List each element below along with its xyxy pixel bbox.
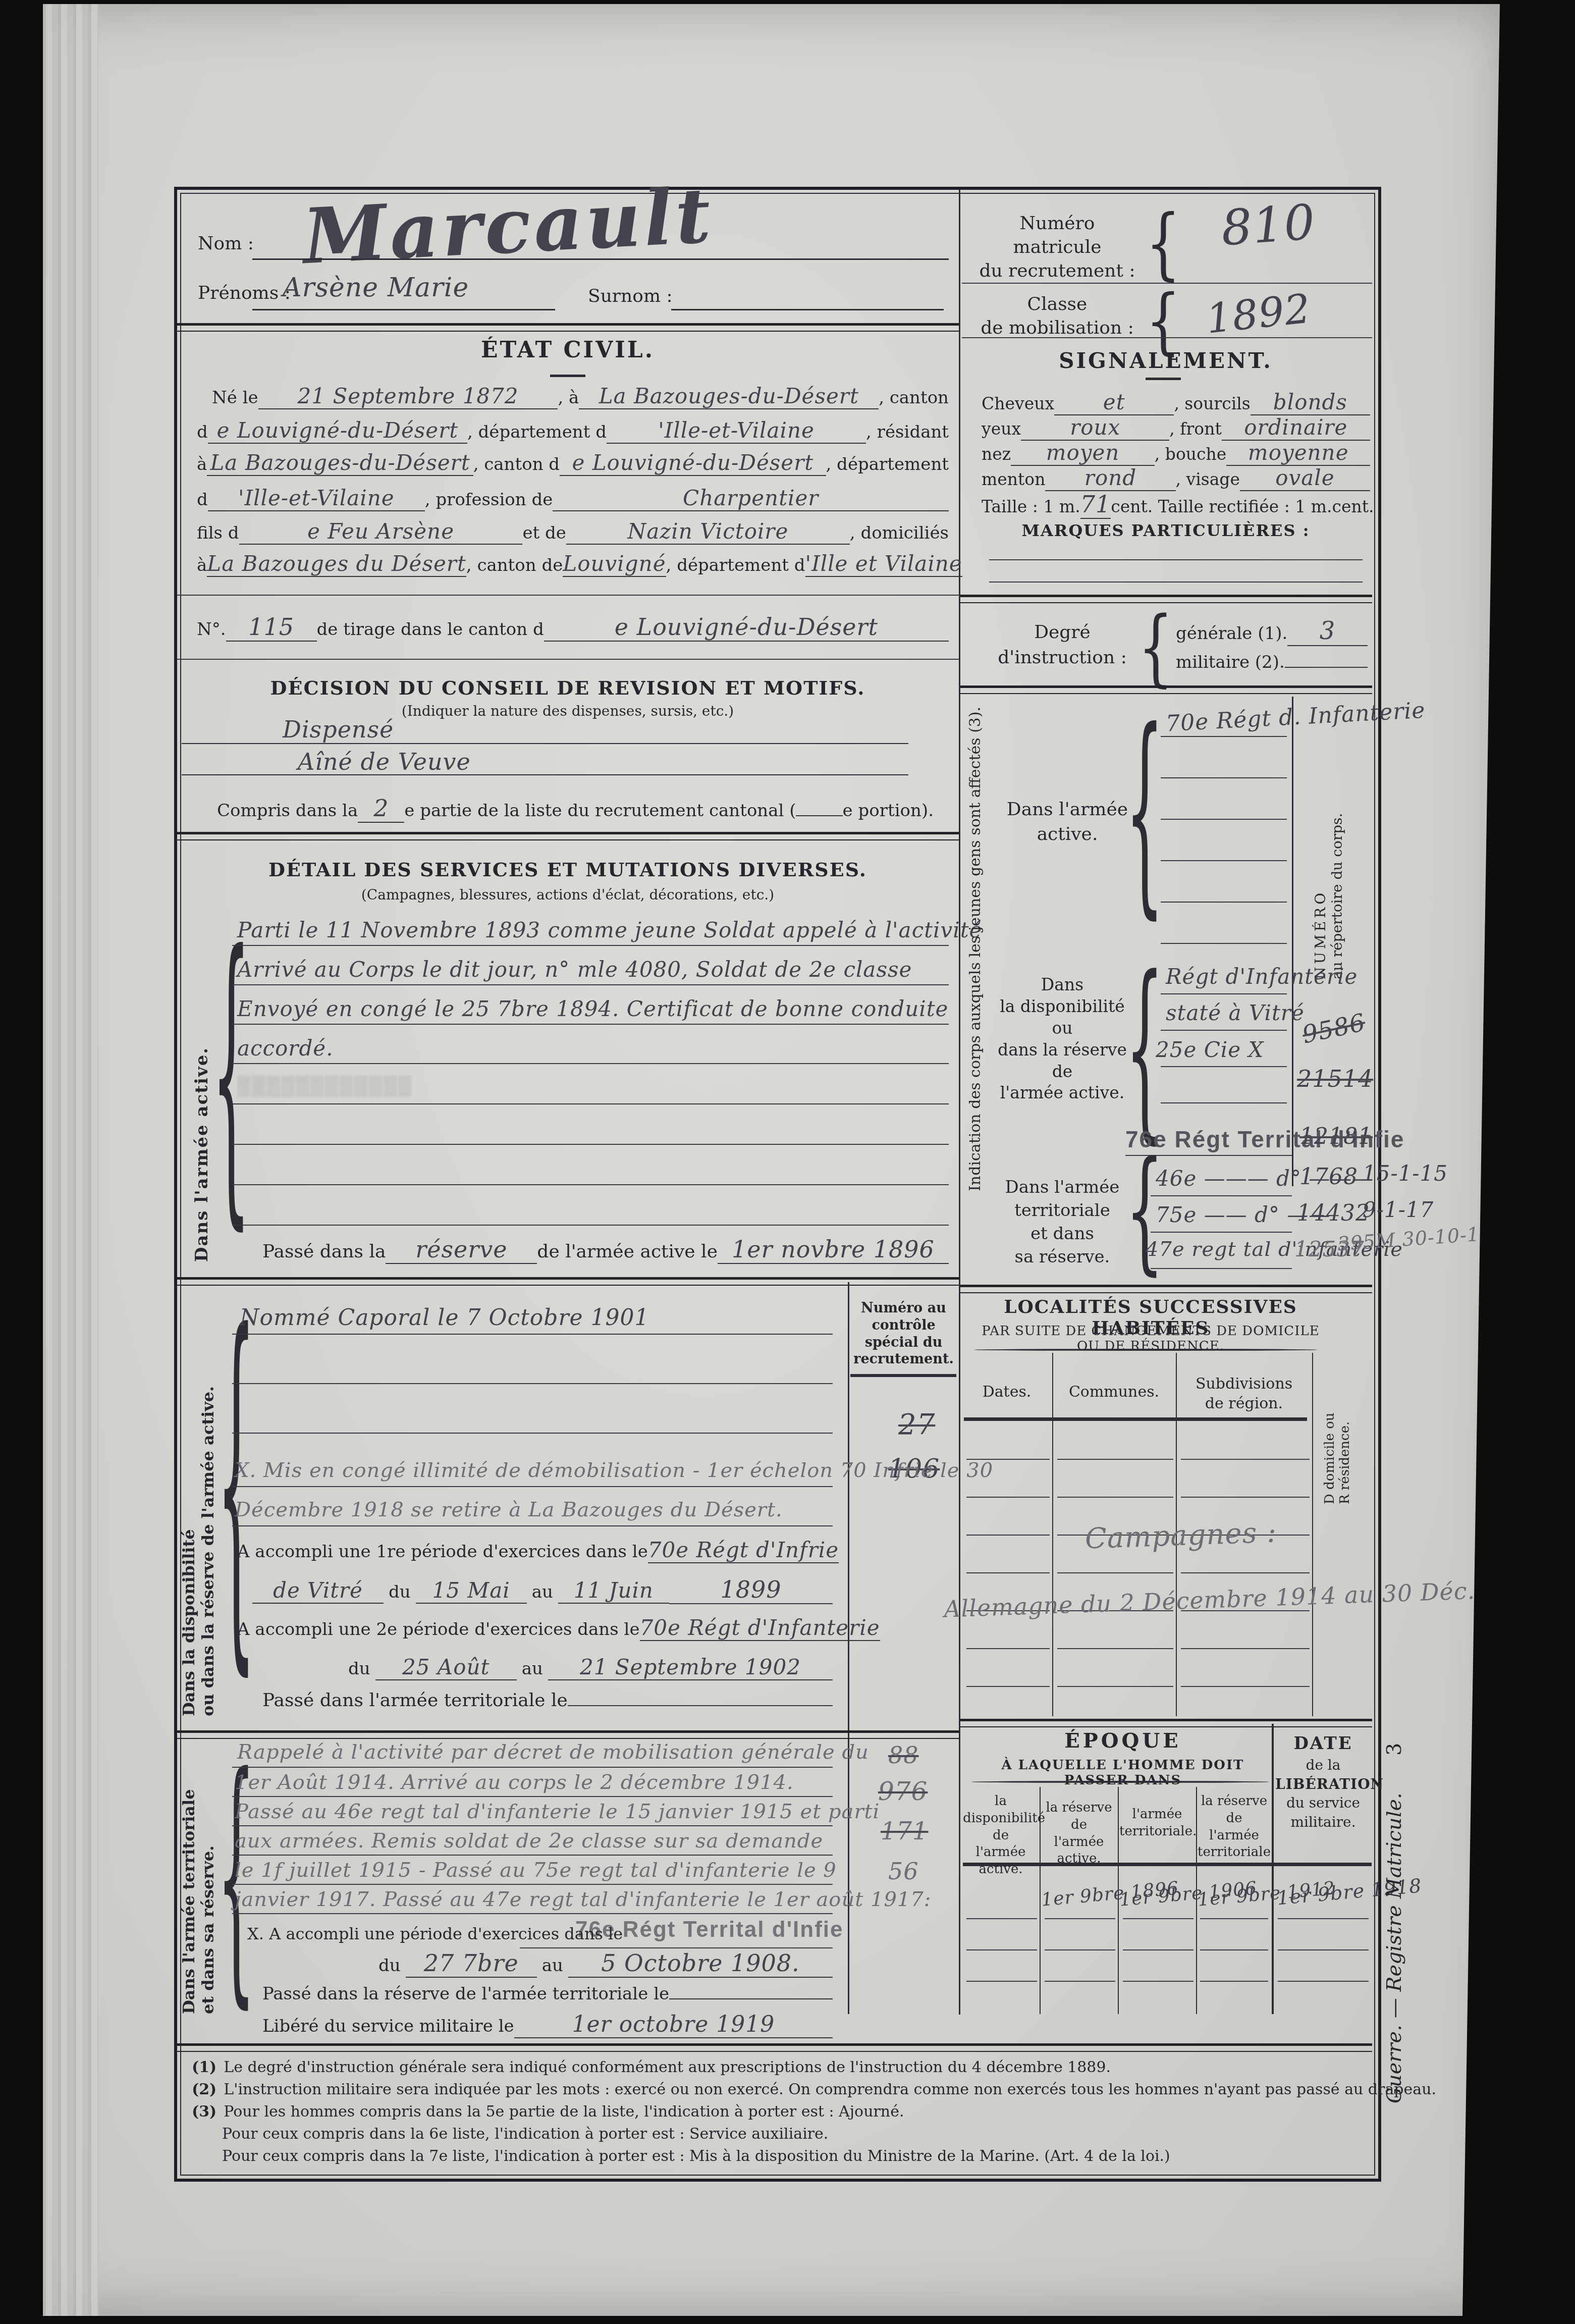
prenoms-label: Prénoms :: [198, 283, 291, 303]
label-line: de: [987, 1061, 1138, 1083]
etat-civil-row3: à La Bazouges-du-Désert , canton d e Lou…: [197, 450, 949, 476]
label-line: Dans l'armée: [987, 1176, 1138, 1199]
label: fils d: [197, 523, 239, 543]
terr-num-171: 171: [881, 1817, 929, 1845]
armee-active-label: Dans l'armée active.: [987, 798, 1148, 847]
label: du: [348, 1659, 370, 1679]
label-line: LIBÉRATION: [1275, 1775, 1371, 1794]
label: , bouche: [1155, 444, 1227, 464]
label: , résidant: [866, 422, 949, 442]
front-value: ordinaire: [1222, 415, 1370, 441]
decision-value1: Dispensé: [283, 716, 394, 743]
label: X. A accompli une période d'exercices da…: [247, 1924, 623, 1943]
instruction-separator: [960, 685, 1372, 694]
footnote-text: Pour les hommes compris dans la 5e parti…: [224, 2103, 904, 2121]
passe-reserve-terr-row: Passé dans la réserve de l'armée territo…: [262, 1984, 833, 2004]
label: , domiciliés: [850, 523, 949, 543]
demob-line2: Décembre 1918 se retire à La Bazouges du…: [235, 1498, 783, 1521]
decision-title: DÉCISION DU CONSEIL DE REVISION ET MOTIF…: [202, 676, 934, 699]
passe-territoriale-row: Passé dans l'armée territoriale le: [262, 1690, 833, 1711]
domicile-place: La Bazouges du Désert: [207, 551, 466, 577]
label: d: [197, 490, 208, 510]
dispo-repertoire-num2: 21514: [1297, 1065, 1373, 1092]
instruction-generale-value: 3: [1287, 617, 1368, 646]
label: e portion).: [843, 801, 934, 821]
etat-civil-title: ÉTAT CIVIL.: [353, 337, 782, 363]
corps-dispo-line1: Régt d'Infanterie: [1166, 964, 1357, 989]
epoque-colline-4: [1272, 1724, 1274, 2014]
terr-row2-num: 14432: [1297, 1200, 1370, 1226]
repertoire-column-line: [1292, 697, 1293, 1186]
passe-reserve-value: réserve: [386, 1236, 537, 1264]
instruction-brace: {: [1138, 599, 1173, 696]
label: , front: [1169, 419, 1221, 439]
faint-stamp: ▒▒▒▒▒▒▒▒▒▒▒▒: [237, 1075, 520, 1100]
surnom-line: [671, 309, 944, 310]
terr-num-56: 56: [888, 1858, 919, 1885]
label: générale (1).: [1176, 623, 1287, 644]
terr-row1-date: 15-1-15: [1363, 1161, 1448, 1186]
label-line: territoriale.: [1119, 1823, 1195, 1840]
label: , canton d: [473, 454, 560, 474]
birth-place: La Bazouges-du-Désert: [579, 384, 879, 409]
label-line: l'armée active.: [987, 1082, 1138, 1104]
date-liberation-header: DATE de la LIBÉRATION du service militai…: [1275, 1732, 1371, 1832]
passe-reserve-date: 1er novbre 1896: [718, 1236, 949, 1264]
label-line: disponibilité: [963, 1810, 1039, 1827]
domicile-departement: 'Ille et Vilaine: [805, 551, 962, 577]
prenoms-line: [252, 309, 555, 310]
terr-corps-label: Dans l'armée territoriale et dans sa rés…: [987, 1176, 1138, 1269]
label: , département d: [666, 555, 805, 575]
matricule-brace: {: [1146, 198, 1181, 288]
etat-civil-row1: Né le 21 Septembre 1872 , à La Bazouges-…: [212, 384, 949, 409]
footnote-text: Pour ceux compris dans la 7e liste, l'in…: [222, 2147, 1170, 2165]
terr-periode-row: X. A accompli une période d'exercices da…: [247, 1924, 601, 1943]
localites-top-rule: [960, 1285, 1372, 1293]
margin-label-disponibilite: Dans la disponibilité ou dans la réserve…: [179, 1312, 218, 1716]
repertoire-label: NUMÉRO au répertoire du corps.: [1312, 717, 1345, 979]
label: , département d: [467, 422, 607, 442]
label: de tirage dans le canton d: [317, 619, 544, 640]
label: , canton: [879, 388, 949, 408]
matricule-label-line2: du recrutement :: [974, 259, 1140, 283]
instruction-militaire-blank: [1285, 667, 1368, 668]
section-rule: [177, 595, 959, 596]
residence: La Bazouges-du-Désert: [207, 450, 473, 476]
classe-label: Classe de mobilisation :: [974, 293, 1140, 340]
label: , profession de: [425, 490, 553, 510]
dispo-corps-label: Dans la disponibilité ou dans la réserve…: [987, 974, 1138, 1104]
label-line: Dans: [987, 974, 1138, 996]
label-line: du service: [1275, 1793, 1371, 1813]
label: au: [542, 1956, 563, 1976]
label: , sourcils: [1174, 394, 1250, 413]
label-line: la disponibilité: [987, 996, 1138, 1018]
terr-periode-to: 5 Octobre 1908.: [568, 1949, 833, 1978]
localites-side-label: D domicile ou R résidence.: [1322, 1363, 1352, 1504]
label: de l'armée active le: [537, 1241, 718, 1262]
label-line: de: [963, 1827, 1039, 1844]
prenoms-value: Arsène Marie: [283, 273, 469, 303]
localites-col-dates: Dates.: [964, 1383, 1050, 1401]
label-line: territoriale: [987, 1199, 1138, 1223]
blank-line: [568, 1705, 833, 1706]
periode1-place: de Vitré: [252, 1578, 384, 1604]
ctrl-num-27: 27: [898, 1408, 935, 1441]
main-column-divider: [959, 190, 960, 2015]
surnom-label: Surnom :: [588, 286, 673, 306]
nom-label: Nom :: [198, 233, 254, 254]
nez-value: moyen: [1011, 440, 1155, 466]
periode2-dates: du 25 Août au 21 Septembre 1902: [343, 1655, 833, 1680]
margin-line: ou dans la réserve de l'armée active.: [198, 1312, 218, 1716]
blank-line: [669, 1998, 833, 1999]
label: Taille : 1 m.: [982, 497, 1080, 516]
ctrl-header: Numéro au contrôle spécial du recrutemen…: [852, 1300, 955, 1368]
periode1-corps: 70e Régt d'Infrie: [648, 1538, 839, 1563]
periode2-row: A accompli une 2e période d'exercices da…: [237, 1615, 833, 1641]
margin-label-territoriale: Dans l'armée territoriale et dans sa rés…: [179, 1741, 218, 2014]
bouche-value: moyenne: [1226, 440, 1370, 466]
instruction-generale-row: générale (1). 3: [1176, 617, 1368, 646]
instruction-militaire-row: militaire (2).: [1176, 652, 1368, 672]
matricule-label-line1: Numéro matricule: [974, 212, 1140, 259]
etat-civil-row4: d 'Ille-et-Vilaine , profession de Charp…: [197, 486, 949, 511]
corps-dispo-line3: 25e Cie X: [1156, 1037, 1264, 1062]
margin-line: Dans l'armée territoriale: [179, 1741, 198, 2014]
side-label-line1: D domicile ou: [1322, 1363, 1337, 1504]
label-line: dans la réserve: [987, 1039, 1138, 1061]
label-line: Subdivisions: [1178, 1374, 1310, 1394]
cheveux-value: et: [1054, 390, 1174, 415]
label: e partie de la liste du recrutement cant…: [404, 801, 796, 821]
footnote-text: L'instruction militaire sera indiquée pa…: [224, 2081, 1436, 2098]
footnote-text: Le degré d'instruction générale sera ind…: [224, 2058, 1111, 2076]
label: à: [197, 555, 207, 575]
epoque-header-rule: [963, 1863, 1372, 1866]
decision-line2: [182, 774, 908, 775]
label: au: [532, 1582, 553, 1602]
domicile-canton: Louvigné: [563, 551, 666, 577]
label: Né le: [212, 388, 258, 408]
label: , département: [826, 454, 949, 474]
compris-row: Compris dans la 2 e partie de la liste d…: [217, 795, 934, 823]
signalement-row-yeux: yeux roux , front ordinaire: [982, 415, 1370, 441]
label: , canton de: [466, 555, 563, 575]
yeux-value: roux: [1021, 415, 1169, 441]
etat-civil-row6: à La Bazouges du Désert , canton de Louv…: [197, 551, 949, 577]
dispo-separator: [177, 1730, 959, 1739]
passe-reserve-row: Passé dans la réserve de l'armée active …: [262, 1236, 949, 1264]
label-line: l'armée active.: [963, 1844, 1039, 1878]
imprint-page-number: 3: [1383, 1743, 1406, 1756]
footnote-5: Pour ceux compris dans la 7e liste, l'in…: [222, 2147, 1363, 2165]
periode1-dates: de Vitré du 15 Mai au 11 Juin 1899: [252, 1576, 833, 1604]
label: militaire (2).: [1176, 652, 1285, 672]
section-rule: [177, 659, 959, 660]
margin-line: et dans sa réserve.: [198, 1741, 218, 2014]
demob-line1: X. Mis en congé illimité de démobilisati…: [235, 1459, 993, 1482]
services-line4: accordé.: [237, 1036, 334, 1061]
label-line: militaire.: [1275, 1813, 1371, 1832]
libere-row: Libéré du service militaire le 1er octob…: [262, 2012, 833, 2038]
footnote-number: (2): [192, 2081, 216, 2098]
signalement-row-taille: Taille : 1 m. 71 cent. Taille rectifiée …: [982, 491, 1370, 519]
label: Compris dans la: [217, 801, 358, 821]
matricule-value: 810: [1219, 194, 1317, 257]
portion-blank: [796, 815, 842, 816]
label: , visage: [1176, 469, 1240, 489]
label: A accompli une 1re période d'exercices d…: [237, 1542, 648, 1562]
periode1-row: A accompli une 1re période d'exercices d…: [237, 1538, 833, 1563]
label: yeux: [982, 419, 1021, 439]
services-subtitle: (Campagnes, blessures, actions d'éclat, …: [202, 886, 934, 903]
label: A accompli une 2e période d'exercices da…: [237, 1619, 640, 1640]
signalement-row-menton: menton rond , visage ovale: [982, 465, 1370, 491]
armee-active-brace: {: [1125, 686, 1164, 938]
tirage-row: N°. 115 de tirage dans le canton d e Lou…: [197, 613, 949, 642]
periode1-year: 1899: [669, 1576, 833, 1604]
birth-date: 21 Septembre 1872: [258, 384, 558, 409]
terr-line5: le 1f juillet 1915 - Passé au 75e regt t…: [235, 1859, 837, 1882]
footnotes-separator: [177, 2043, 1372, 2052]
scanned-military-register-page: { "side": {"imprint": "Guerre. — Registr…: [0, 0, 1575, 2324]
periode1-to: 11 Juin: [558, 1578, 669, 1604]
caporal-line: Nommé Caporal le 7 Octobre 1901: [240, 1305, 649, 1331]
epoque-col4-header: la réserve de l'armée territoriale.: [1198, 1793, 1271, 1861]
signalement-title: SIGNALEMENT.: [984, 348, 1347, 373]
periode2-from: 25 Août: [375, 1655, 517, 1680]
decision-line1: [182, 743, 908, 744]
label-line: DATE: [1275, 1732, 1371, 1756]
departement: 'Ille-et-Vilaine: [208, 486, 425, 511]
departement: 'Ille-et-Vilaine: [607, 418, 866, 444]
label-line: la: [963, 1793, 1039, 1810]
instruction-label: Degré d'instruction :: [979, 620, 1146, 671]
label-line: l'armée: [1119, 1806, 1195, 1823]
localites-colline-3: [1312, 1353, 1313, 1716]
footnote-1: (1) Le degré d'instruction générale sera…: [192, 2058, 1363, 2076]
label: cent. Taille rectifiée : 1 m.: [1111, 497, 1332, 516]
classe-label-line1: Classe: [974, 293, 1140, 316]
etat-civil-row2: d e Louvigné-du-Désert , département d '…: [197, 418, 949, 444]
terr-row2-date: 9-1-17: [1363, 1197, 1434, 1222]
services-line2: Arrivé au Corps le dit jour, n° mle 4080…: [237, 957, 912, 982]
marques-label: MARQUES PARTICULIÈRES :: [984, 521, 1347, 540]
terr-num-88: 88: [888, 1741, 919, 1769]
label: N°.: [197, 619, 226, 640]
label: menton: [982, 469, 1045, 489]
label: cent.: [1332, 497, 1374, 516]
terr-line6: janvier 1917. Passé au 47e regt tal d'in…: [235, 1888, 931, 1911]
margin-label-indication-corps: Indication des corps auxquels les jeunes…: [966, 702, 984, 1191]
side-label-line2: R résidence.: [1337, 1363, 1352, 1504]
terr-line4: aux armées. Remis soldat de 2e classe su…: [235, 1829, 823, 1853]
epoque-subtitle: À LAQUELLE L'HOMME DOIT PASSER DANS: [974, 1758, 1272, 1788]
label: Passé dans l'armée territoriale le: [262, 1690, 568, 1711]
margin-label-armee-active: Dans l'armée active.: [192, 959, 212, 1262]
footnote-number: (1): [192, 2058, 216, 2076]
label: et de: [522, 523, 566, 543]
label-line: la réserve: [1041, 1800, 1117, 1817]
classe-rule: [962, 337, 1372, 338]
label: Passé dans la: [262, 1241, 386, 1262]
periode2-to: 21 Septembre 1902: [548, 1655, 833, 1680]
localites-col-communes: Communes.: [1055, 1383, 1173, 1401]
epoque-top-rule: [960, 1719, 1372, 1727]
label-line: et dans: [987, 1223, 1138, 1246]
signalement-row-nez: nez moyen , bouche moyenne: [982, 440, 1370, 466]
epoque-col2-header: la réserve de l'armée active.: [1041, 1800, 1117, 1868]
book-page-edges: [43, 4, 98, 2316]
footnote-number: (3): [192, 2103, 216, 2121]
signalement-dash: [1146, 378, 1181, 380]
label: Libéré du service militaire le: [262, 2016, 514, 2036]
etat-civil-dash: [550, 375, 585, 377]
services-line1: Parti le 11 Novembre 1893 comme jeune So…: [237, 918, 982, 942]
label: , à: [558, 388, 579, 408]
menton-value: rond: [1045, 465, 1175, 491]
localites-header-rule: [964, 1417, 1307, 1421]
label-line: sa réserve.: [987, 1246, 1138, 1269]
label: Cheveux: [982, 394, 1054, 413]
label-line: de: [1198, 1810, 1271, 1827]
side-imprint-text: Guerre. — Registre Matricule. 3: [1383, 1743, 1406, 2103]
services-title: DÉTAIL DES SERVICES ET MUTATIONS DIVERSE…: [202, 858, 934, 881]
terr-periode-dates: du 27 7bre au 5 Octobre 1908.: [373, 1949, 833, 1978]
instruction-label-line2: d'instruction :: [979, 645, 1146, 670]
services-separator: [177, 1277, 959, 1286]
label: nez: [982, 444, 1011, 464]
terr-line2: 1er Août 1914. Arrivé au corps le 2 déce…: [235, 1771, 794, 1794]
label-line: de région.: [1178, 1394, 1310, 1413]
label: au: [522, 1659, 543, 1679]
campagnes-label: Campagnes :: [1084, 1516, 1277, 1555]
signalement-row-cheveux: Cheveux et , sourcils blonds: [982, 390, 1370, 415]
label: Passé dans la réserve de l'armée territo…: [262, 1984, 669, 2004]
imprint-title: Guerre. — Registre Matricule.: [1383, 1792, 1406, 2103]
side-imprint: Guerre. — Registre Matricule. 3: [1383, 1656, 1406, 2191]
label-line: la réserve: [1198, 1793, 1271, 1810]
etat-civil-row5: fils d e Feu Arsène et de Nazin Victoire…: [197, 519, 949, 545]
canton: e Louvigné-du-Désert: [208, 418, 467, 444]
label: du: [389, 1582, 411, 1602]
label: à: [197, 454, 207, 474]
label: du: [378, 1956, 401, 1976]
tirage-number: 115: [226, 613, 317, 642]
epoque-title: ÉPOQUE: [974, 1729, 1272, 1753]
libere-date: 1er octobre 1919: [514, 2012, 833, 2038]
footnote-2: (2) L'instruction militaire sera indiqué…: [192, 2081, 1363, 2098]
ctrl-header-rule: [850, 1374, 956, 1377]
profession: Charpentier: [553, 486, 949, 511]
epoque-brace-line: [971, 1781, 1269, 1783]
footnote-text: Pour ceux compris dans la 6e liste, l'in…: [222, 2125, 828, 2143]
localites-colline-1: [1052, 1353, 1053, 1716]
footnote-4: Pour ceux compris dans la 6e liste, l'in…: [222, 2125, 1363, 2143]
corps-dispo-line2: staté à Vitré: [1166, 1000, 1305, 1025]
stamp-repertoire-num: 12181: [1299, 1124, 1373, 1149]
label: d: [197, 422, 208, 442]
taille-value: 71: [1080, 491, 1111, 519]
localites-col-subdiv: Subdivisions de région.: [1178, 1374, 1310, 1413]
services-line3: Envoyé en congé le 25 7bre 1894. Certifi…: [237, 996, 948, 1021]
mother-name: Nazin Victoire: [566, 519, 850, 545]
repertoire-label-line1: NUMÉRO: [1312, 717, 1329, 979]
localites-brace-line: [974, 1349, 1317, 1351]
sourcils-value: blonds: [1251, 390, 1370, 415]
terr-line1: Rappelé à l'activité par décret de mobil…: [237, 1740, 869, 1764]
tirage-canton: e Louvigné-du-Désert: [544, 613, 949, 642]
nom-line: [252, 258, 949, 260]
father-name: e Feu Arsène: [239, 519, 523, 545]
decision-value2: Aîné de Veuve: [298, 748, 471, 775]
terr-periode-from: 27 7bre: [406, 1949, 537, 1978]
repertoire-label-line2: au répertoire du corps.: [1329, 717, 1345, 979]
terr-row1-num: 1768: [1299, 1164, 1358, 1190]
canton: e Louvigné-du-Désert: [560, 450, 826, 476]
terr-line3: Passé au 46e regt tal d'infanterie le 15…: [235, 1800, 880, 1823]
label-line: territoriale.: [1198, 1844, 1271, 1861]
periode2-corps: 70e Régt d'Infanterie: [640, 1615, 880, 1641]
terr-num-976: 976: [878, 1777, 928, 1806]
label-line: de la: [1275, 1756, 1371, 1775]
header-separator: [177, 323, 959, 332]
footnote-3: (3) Pour les hommes compris dans la 5e p…: [192, 2103, 1363, 2121]
periode1-from: 15 Mai: [416, 1578, 527, 1604]
decision-separator: [177, 832, 959, 840]
visage-value: ovale: [1240, 465, 1370, 491]
instruction-label-line1: Degré: [979, 620, 1146, 645]
classe-label-line2: de mobilisation :: [974, 316, 1140, 340]
epoque-col3-header: l'armée territoriale.: [1119, 1806, 1195, 1840]
label-line: ou: [987, 1018, 1138, 1039]
margin-line: Dans la disponibilité: [179, 1312, 198, 1716]
label-line: de: [1041, 1817, 1117, 1834]
matricule-label: Numéro matricule du recrutement :: [974, 212, 1140, 283]
liste-partie-number: 2: [358, 795, 404, 823]
label-line: l'armée: [1198, 1827, 1271, 1844]
